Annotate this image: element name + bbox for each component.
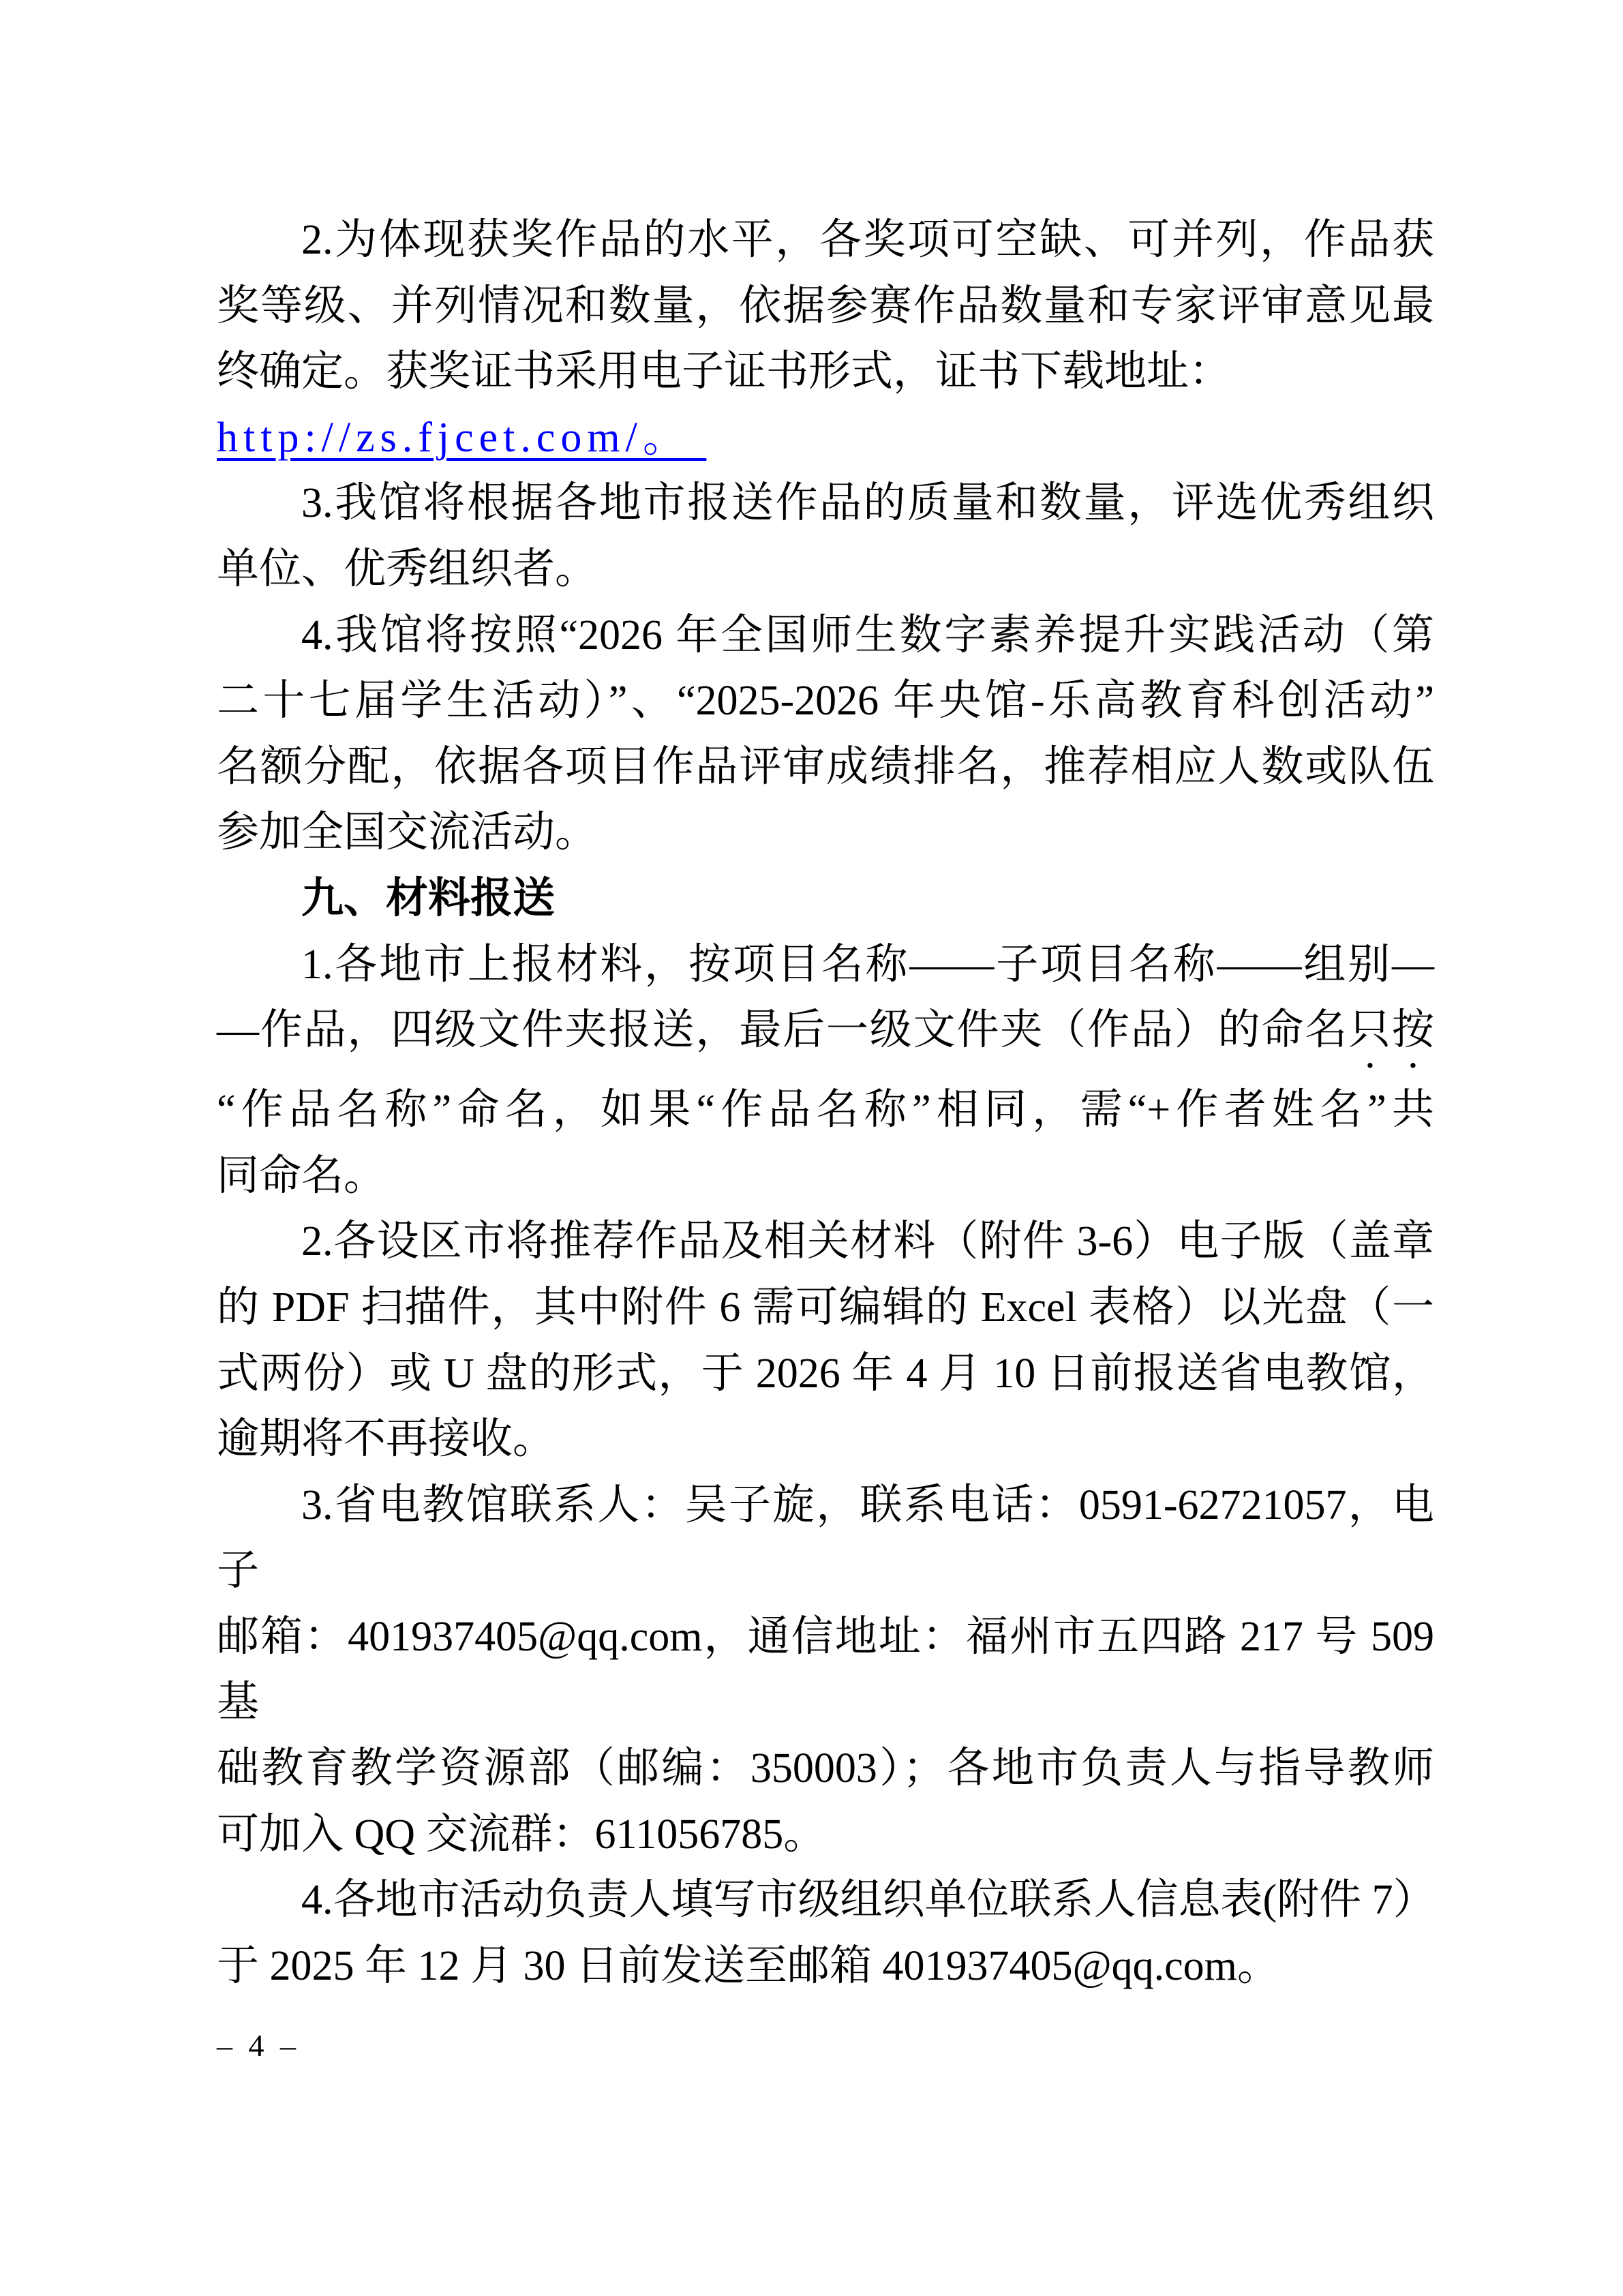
text-line: 2.为体现获奖作品的水平，各奖项可空缺、可并列，作品获 — [217, 207, 1434, 273]
text-segment: 同命名。 — [217, 1153, 386, 1199]
text-segment: 于 2025 年 12 月 30 日前发送至邮箱 401937405@qq.co… — [217, 1943, 1279, 1989]
text-line: 3.我馆将根据各地市报送作品的质量和数量，评选优秀组织 — [217, 470, 1434, 537]
text-segment: 可加入 QQ 交流群：611056785。 — [217, 1811, 825, 1858]
emphasized-text: 只按 — [1348, 1007, 1434, 1053]
text-line: 可加入 QQ 交流群：611056785。 — [217, 1802, 1434, 1868]
text-line: 邮箱：401937405@qq.com，通信地址：福州市五四路 217 号 50… — [217, 1604, 1434, 1736]
text-segment: 2.各设区市将推荐作品及相关材料（附件 3-6）电子版（盖章 — [301, 1218, 1434, 1265]
text-line: 名额分配，依据各项目作品评审成绩排名，推荐相应人数或队伍 — [217, 734, 1434, 800]
text-line: 奖等级、并列情况和数量，依据参赛作品数量和专家评审意见最 — [217, 273, 1434, 339]
certificate-download-link[interactable]: http://zs.fjcet.com/。 — [217, 414, 706, 461]
text-segment: 式两份）或 U 盘的形式，于 2026 年 4 月 10 日前报送省电教馆， — [217, 1350, 1434, 1397]
text-segment: 名额分配，依据各项目作品评审成绩排名，推荐相应人数或队伍 — [217, 744, 1434, 790]
text-line: 2.各设区市将推荐作品及相关材料（附件 3-6）电子版（盖章 — [217, 1209, 1434, 1275]
text-segment: 终确定。获奖证书采用电子证书形式，证书下载地址： — [217, 348, 1231, 395]
text-line: 单位、优秀组织者。 — [217, 537, 1434, 603]
page-number: – 4 – — [217, 2029, 300, 2063]
text-line: http://zs.fjcet.com/。 — [217, 405, 1434, 471]
document-body: 2.为体现获奖作品的水平，各奖项可空缺、可并列，作品获奖等级、并列情况和数量，依… — [217, 207, 1434, 1999]
text-line: 3.省电教馆联系人：吴子旋，联系电话：0591-62721057，电子 — [217, 1472, 1434, 1604]
text-line: 的 PDF 扫描件，其中附件 6 需可编辑的 Excel 表格）以光盘（一 — [217, 1275, 1434, 1341]
text-line: 于 2025 年 12 月 30 日前发送至邮箱 401937405@qq.co… — [217, 1933, 1434, 1999]
text-line: —作品，四级文件夹报送，最后一级文件夹（作品）的命名只按 — [217, 997, 1434, 1077]
text-line: 4.我馆将按照“2026 年全国师生数字素养提升实践活动（第 — [217, 603, 1434, 669]
text-segment: 邮箱：401937405@qq.com，通信地址：福州市五四路 217 号 50… — [217, 1614, 1434, 1726]
text-segment: 3.省电教馆联系人：吴子旋，联系电话：0591-62721057，电子 — [217, 1482, 1434, 1595]
text-segment: 4.我馆将按照“2026 年全国师生数字素养提升实践活动（第 — [301, 612, 1434, 659]
text-segment: 参加全国交流活动。 — [217, 809, 597, 856]
text-segment: 逾期将不再接收。 — [217, 1416, 555, 1462]
text-segment: 1.各地市上报材料，按项目名称——子项目名称——组别— — [301, 941, 1434, 988]
text-line: 参加全国交流活动。 — [217, 800, 1434, 866]
text-segment: 二十七届学生活动）”、“2025-2026 年央馆-乐高教育科创活动” — [217, 678, 1434, 724]
text-segment: 的 PDF 扫描件，其中附件 6 需可编辑的 Excel 表格）以光盘（一 — [217, 1284, 1434, 1331]
text-segment: 单位、优秀组织者。 — [217, 546, 597, 592]
text-segment: 2.为体现获奖作品的水平，各奖项可空缺、可并列，作品获 — [301, 217, 1434, 263]
text-segment: 3.我馆将根据各地市报送作品的质量和数量，评选优秀组织 — [301, 480, 1434, 526]
text-segment: 4.各地市活动负责人填写市级组织单位联系人信息表(附件 7） — [301, 1877, 1436, 1923]
text-segment: —作品，四级文件夹报送，最后一级文件夹（作品）的命名 — [217, 1007, 1348, 1053]
text-line: 同命名。 — [217, 1143, 1434, 1209]
text-line: 础教育教学资源部（邮编：350003）；各地市负责人与指导教师 — [217, 1736, 1434, 1802]
section-heading: 九、材料报送 — [301, 875, 555, 922]
text-line: 逾期将不再接收。 — [217, 1406, 1434, 1472]
text-segment: 奖等级、并列情况和数量，依据参赛作品数量和专家评审意见最 — [217, 283, 1434, 329]
text-segment: “作品名称”命名，如果“作品名称”相同，需“+作者姓名”共 — [217, 1087, 1434, 1133]
section-heading-line: 九、材料报送 — [217, 866, 1434, 932]
text-segment: 础教育教学资源部（邮编：350003）；各地市负责人与指导教师 — [217, 1745, 1434, 1792]
text-line: 二十七届学生活动）”、“2025-2026 年央馆-乐高教育科创活动” — [217, 668, 1434, 734]
document-page: { "footer": { "page_label": "– 4 –" }, "… — [0, 0, 1623, 2296]
text-line: 终确定。获奖证书采用电子证书形式，证书下载地址： — [217, 339, 1434, 405]
text-line: “作品名称”命名，如果“作品名称”相同，需“+作者姓名”共 — [217, 1077, 1434, 1143]
text-line: 1.各地市上报材料，按项目名称——子项目名称——组别— — [217, 932, 1434, 998]
text-line: 4.各地市活动负责人填写市级组织单位联系人信息表(附件 7） — [217, 1867, 1434, 1933]
text-line: 式两份）或 U 盘的形式，于 2026 年 4 月 10 日前报送省电教馆， — [217, 1341, 1434, 1407]
